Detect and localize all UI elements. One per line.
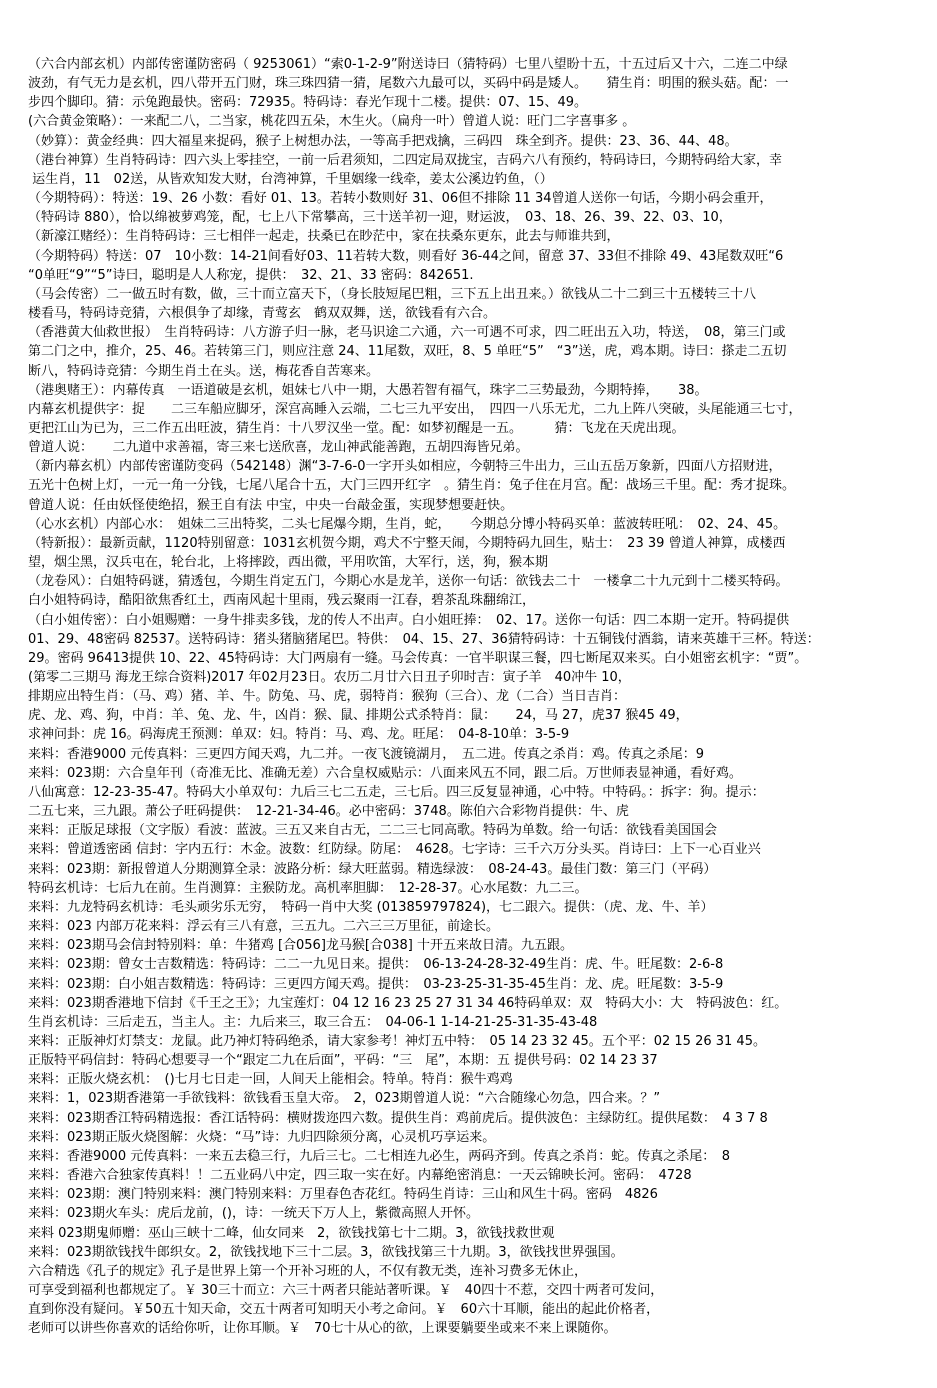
text-line: 01、29、48密码 82537。送特码诗：猪头猪脑猪尾巴。特供： 04、15、… xyxy=(28,630,927,649)
text-line: （特新报）：最新贡献，1120特别留意：1031玄机贺今期，鸡犬不宁整天闹，今期… xyxy=(28,534,927,553)
text-line: 来料：023期：曾女士吉数精选：特码诗：二二一九见日来。提供： 06-13-24… xyxy=(28,955,927,974)
text-line: 来料：香港9000 元传真料：三更四方闻天鸡，九二并。一夜飞渡镜湖月， 五二进。… xyxy=(28,745,927,764)
text-line: 来料：023期香江特码精选报：香江话特码：横财拨迩四六数。提供生肖：鸡前虎后。提… xyxy=(28,1109,927,1128)
text-line: 来料：023期：六合皇年刊（奇准无比、准确无差）六合皇权威贴示：八面来风五不同，… xyxy=(28,764,927,783)
text-line: 排期应出特生肖：（马、鸡）猪、羊、牛。防兔、马、虎，弱特肖：猴狗（三合）、龙（二… xyxy=(28,687,927,706)
text-line: （龙卷风）：白姐特码谜，猜透包，今期生肖定五门，今期心水是龙羊，送你一句话：欲钱… xyxy=(28,572,927,591)
text-line: 来料：023 内部万花来料：浮云有三八有意，三五九。二六三三万里征，前途长。 xyxy=(28,917,927,936)
text-line: 来料：023期火车头：虎后龙前，()，诗：一统天下万人上，紫微高照人开怀。 xyxy=(28,1204,927,1223)
text-line: (第零二三期马 海龙王综合资料)2017 年02月23日。农历二月廿六日丑子卯时… xyxy=(28,668,927,687)
text-line: (六合黄金策略）：一来配二八，二当家，桃花四五朵，木生火。（扁舟一叶）曾道人说：… xyxy=(28,112,927,131)
text-line: 内幕玄机提供字：捉 二三车船应脚牙，深宫高睡入云端，二七三九平安出， 四四一八乐… xyxy=(28,400,927,419)
text-line: 来料：九龙特码玄机诗：毛头顽劣乐无穷， 特码一肖中大奖 (01385979782… xyxy=(28,898,927,917)
text-line: 楼看马，特码诗竞猜，六根俱争了却缘，青莺玄 鹤双双舞，送，欲钱看有六合。 xyxy=(28,304,927,323)
text-line: （港台神算）生肖特码诗：四六头上零挂空，一前一后君须知，二四定局双拢宝，吉码六八… xyxy=(28,151,927,170)
text-line: （妙算）：黄金经典：四大福星来捉码，猴子上树想办法，一等高手把戏擒，三码四 珠全… xyxy=(28,132,927,151)
text-line: 望，烟尘黑，汉兵屯在，轮台北，上将摔跤，西出微，平用吹笛，大军行，送，狗，猴本期 xyxy=(28,553,927,572)
text-line: （新内幕玄机）内部传密谨防变码（542148）渊“3-7-6-0一字开头如相应，… xyxy=(28,457,927,476)
text-line: 正版特平码信封：特码心想要寻一个“跟定二九在后面”，平码：“三 尾”，本期：五 … xyxy=(28,1051,927,1070)
text-line: 特码玄机诗：七后九在前。生肖测算：主猴防龙。高机率胆脚： 12-28-37。心水… xyxy=(28,879,927,898)
text-line: 更把江山为已为，三二作五出旺波，猜生肖：十八罗汉坐一堂。配：如梦初醒是一五。 猜… xyxy=(28,419,927,438)
text-line: 来料：1，023期香港第一手欲钱料：欲钱看玉皇大帝。 2，023期曾道人说：“六… xyxy=(28,1089,927,1108)
text-line: 来料：香港六合独家传真料！！二五业码八中定，四三取一实在好。内幕绝密消息：一天云… xyxy=(28,1166,927,1185)
text-line: 二五七来，三九跟。萧公子旺码提供： 12-21-34-46。必中密码：3748。… xyxy=(28,802,927,821)
text-line: 可享受到福利也都规定了。￥ 30三十而立：六三十两者只能站著听课。￥ 40四十不… xyxy=(28,1281,927,1300)
document-text-lines: （六合内部玄机）内部传密谨防密码（ 9253061）“索0-1-2-9”附送诗曰… xyxy=(28,55,927,1338)
text-line: 来料：正版火烧玄机： ()七月七日走一回，人间天上能相会。特单。特肖：猴牛鸡鸡 xyxy=(28,1070,927,1089)
text-line: 来料：023期马会信封特别料：单：牛猪鸡 [合056]龙马猴[合038] 十开五… xyxy=(28,936,927,955)
text-line: 来料：023期：澳门特别来料：澳门特别来料：万里春色杏花红。特码生肖诗：三山和风… xyxy=(28,1185,927,1204)
text-line: （特码诗 880），恰以绵被萝鸡笼，配，七上八下常攀高，三十送羊初一迎，财运波，… xyxy=(28,208,927,227)
text-line: 来料：023期：新报曾道人分期测算全录：波路分析：绿大旺蓝弱。精选绿波： 08-… xyxy=(28,860,927,879)
text-line: 来料：023期正版火烧图解：火烧：“马”诗：九归四除须分离，心灵机巧享运来。 xyxy=(28,1128,927,1147)
text-line: 求神问卦：虎 16。码海虎王预测：单双：妇。特肖：马、鸡、龙。旺尾： 04-8-… xyxy=(28,725,927,744)
text-line: 直到你没有疑问。￥50五十知天命，交五十两者可知明天小考之命问。￥ 60六十耳顺… xyxy=(28,1300,927,1319)
text-line: 老师可以讲些你喜欢的话给你听，让你耳顺。￥ 70七十从心的欲，上课要躺要坐或来不… xyxy=(28,1319,927,1338)
text-line: （今期特码）：特送：19、26 小数：看好 01、13。若转小数则好 31、06… xyxy=(28,189,927,208)
text-line: （港奥赌王）：内幕传真 一语道破是玄机，姐妹七八中一期，大愚若智有福气，珠字二三… xyxy=(28,381,927,400)
text-line: 来料：023期：白小姐吉数精选：特码诗：三更四方闻天鸡。提供： 03-23-25… xyxy=(28,975,927,994)
text-line: 运生肖，11 02送，从皆欢知发大财，台湾神算，千里姻缘一线牵，姜太公溪边钓鱼，… xyxy=(28,170,927,189)
text-line: （六合内部玄机）内部传密谨防密码（ 9253061）“索0-1-2-9”附送诗曰… xyxy=(28,55,927,74)
text-line: 白小姐特码诗，酷阳欲焦香红土，西南风起十里雨，残云聚雨一江春，碧茶乱珠翻绵江， xyxy=(28,591,927,610)
text-line: （今期特码）特送：07 10小数：14-21间看好03、11若转大数，则看好 3… xyxy=(28,247,927,266)
text-line: 六合精选《孔子的规定》孔子是世界上第一个开补习班的人，不仅有教无类，连补习费多无… xyxy=(28,1262,927,1281)
text-line: 虎、龙、鸡、狗，中肖：羊、兔、龙、牛，凶肖：猴、鼠、排期公式杀特肖：鼠： 24，… xyxy=(28,706,927,725)
text-line: 来料：023期香港地下信封《千王之王》；九宝莲灯：04 12 16 23 25 … xyxy=(28,994,927,1013)
lottery-tips-document: （六合内部玄机）内部传密谨防密码（ 9253061）“索0-1-2-9”附送诗曰… xyxy=(0,0,937,1388)
text-line: 来料：正版足球报（文字版）看波：蓝波。三五又来自古无，二二三七同高歌。特码为单数… xyxy=(28,821,927,840)
text-line: 29。密码 96413提供 10、22、45特码诗：大门两扇有一缝。马会传真：一… xyxy=(28,649,927,668)
text-line: 曾道人说： 二九道中求善福，寄三来七送欣喜，龙山神武能善跑，五胡四海皆兄弟。 xyxy=(28,438,927,457)
text-line: （马会传密）二一做五时有数，做，三十而立富天下，（身长肢短尾巴粗，三下五上出丑来… xyxy=(28,285,927,304)
text-line: 断八，特码诗竞猜：今期生肖土在头。送，梅花香自苦寒来。 xyxy=(28,362,927,381)
text-line: 步四个脚印。猜：示兔跑最快。密码：72935。特码诗：春光乍现十二楼。提供：07… xyxy=(28,93,927,112)
text-line: 波劲，有气无力是玄机，四八带开五门财，珠三珠四猜一猜，尾数六九最可以，买码中码是… xyxy=(28,74,927,93)
text-line: 来料：曾道透密函 信封：字内五行：木金。波数：红防绿。防尾： 4628。七字诗：… xyxy=(28,840,927,859)
text-line: 曾道人说：任由妖怪使绝招，猴王自有法 中宝，中央一台敲金蛋，实现梦想要赶快。 xyxy=(28,496,927,515)
text-line: 来料：香港9000 元传真料：一来五去稳三行，九后三七。二七相连九必生，两码齐到… xyxy=(28,1147,927,1166)
text-line: （心水玄机）内部心水： 姐妹二三出特奖，二头七尾爆今期，生肖，蛇， 今期总分博小… xyxy=(28,515,927,534)
text-line: 来料 023期鬼师赠：巫山三峡十二峰，仙女同来 2，欲钱找第七十二期。3，欲钱找… xyxy=(28,1224,927,1243)
text-line: 来料：正版神灯灯禁支：龙鼠。此乃神灯特码绝杀，请大家参考！神灯五中特： 05 1… xyxy=(28,1032,927,1051)
text-line: 第二门之中，推介，25、46。若转第三门，则应注意 24、11尾数，双旺，8、5… xyxy=(28,342,927,361)
text-line: （白小姐传密）：白小姐赐赠：一身牛排卖多钱，龙的传人不出声。白小姐旺捧： 02、… xyxy=(28,611,927,630)
text-line: 来料：023期欲钱找牛郎织女。2，欲钱找地下三十二层。3，欲钱找第三十九期。3，… xyxy=(28,1243,927,1262)
text-line: “0单旺“9”“5”诗曰，聪明是人人称宠，提供： 32、21、33 密码：842… xyxy=(28,266,927,285)
text-line: 八仙寓意：12-23-35-47。特码大小单双句：九后三七二五走，三七后。四三反… xyxy=(28,783,927,802)
text-line: （香港黄大仙救世报） 生肖特码诗：八方游子归一脉，老马识途二六通，六一可遇不可求… xyxy=(28,323,927,342)
text-line: 生肖玄机诗：三后走五，当主人。主：九后来三，取三合五： 04-06-1 1-14… xyxy=(28,1013,927,1032)
text-line: 五光十色树上灯，一元一角一分钱，七尾八尾合十五，大门三四开红字 。猜生肖：兔子住… xyxy=(28,476,927,495)
text-line: （新濠江赌经）：生肖特码诗：三七相伴一起走，扶桑已在眇茫中，家在扶桑东更东，此去… xyxy=(28,227,927,246)
